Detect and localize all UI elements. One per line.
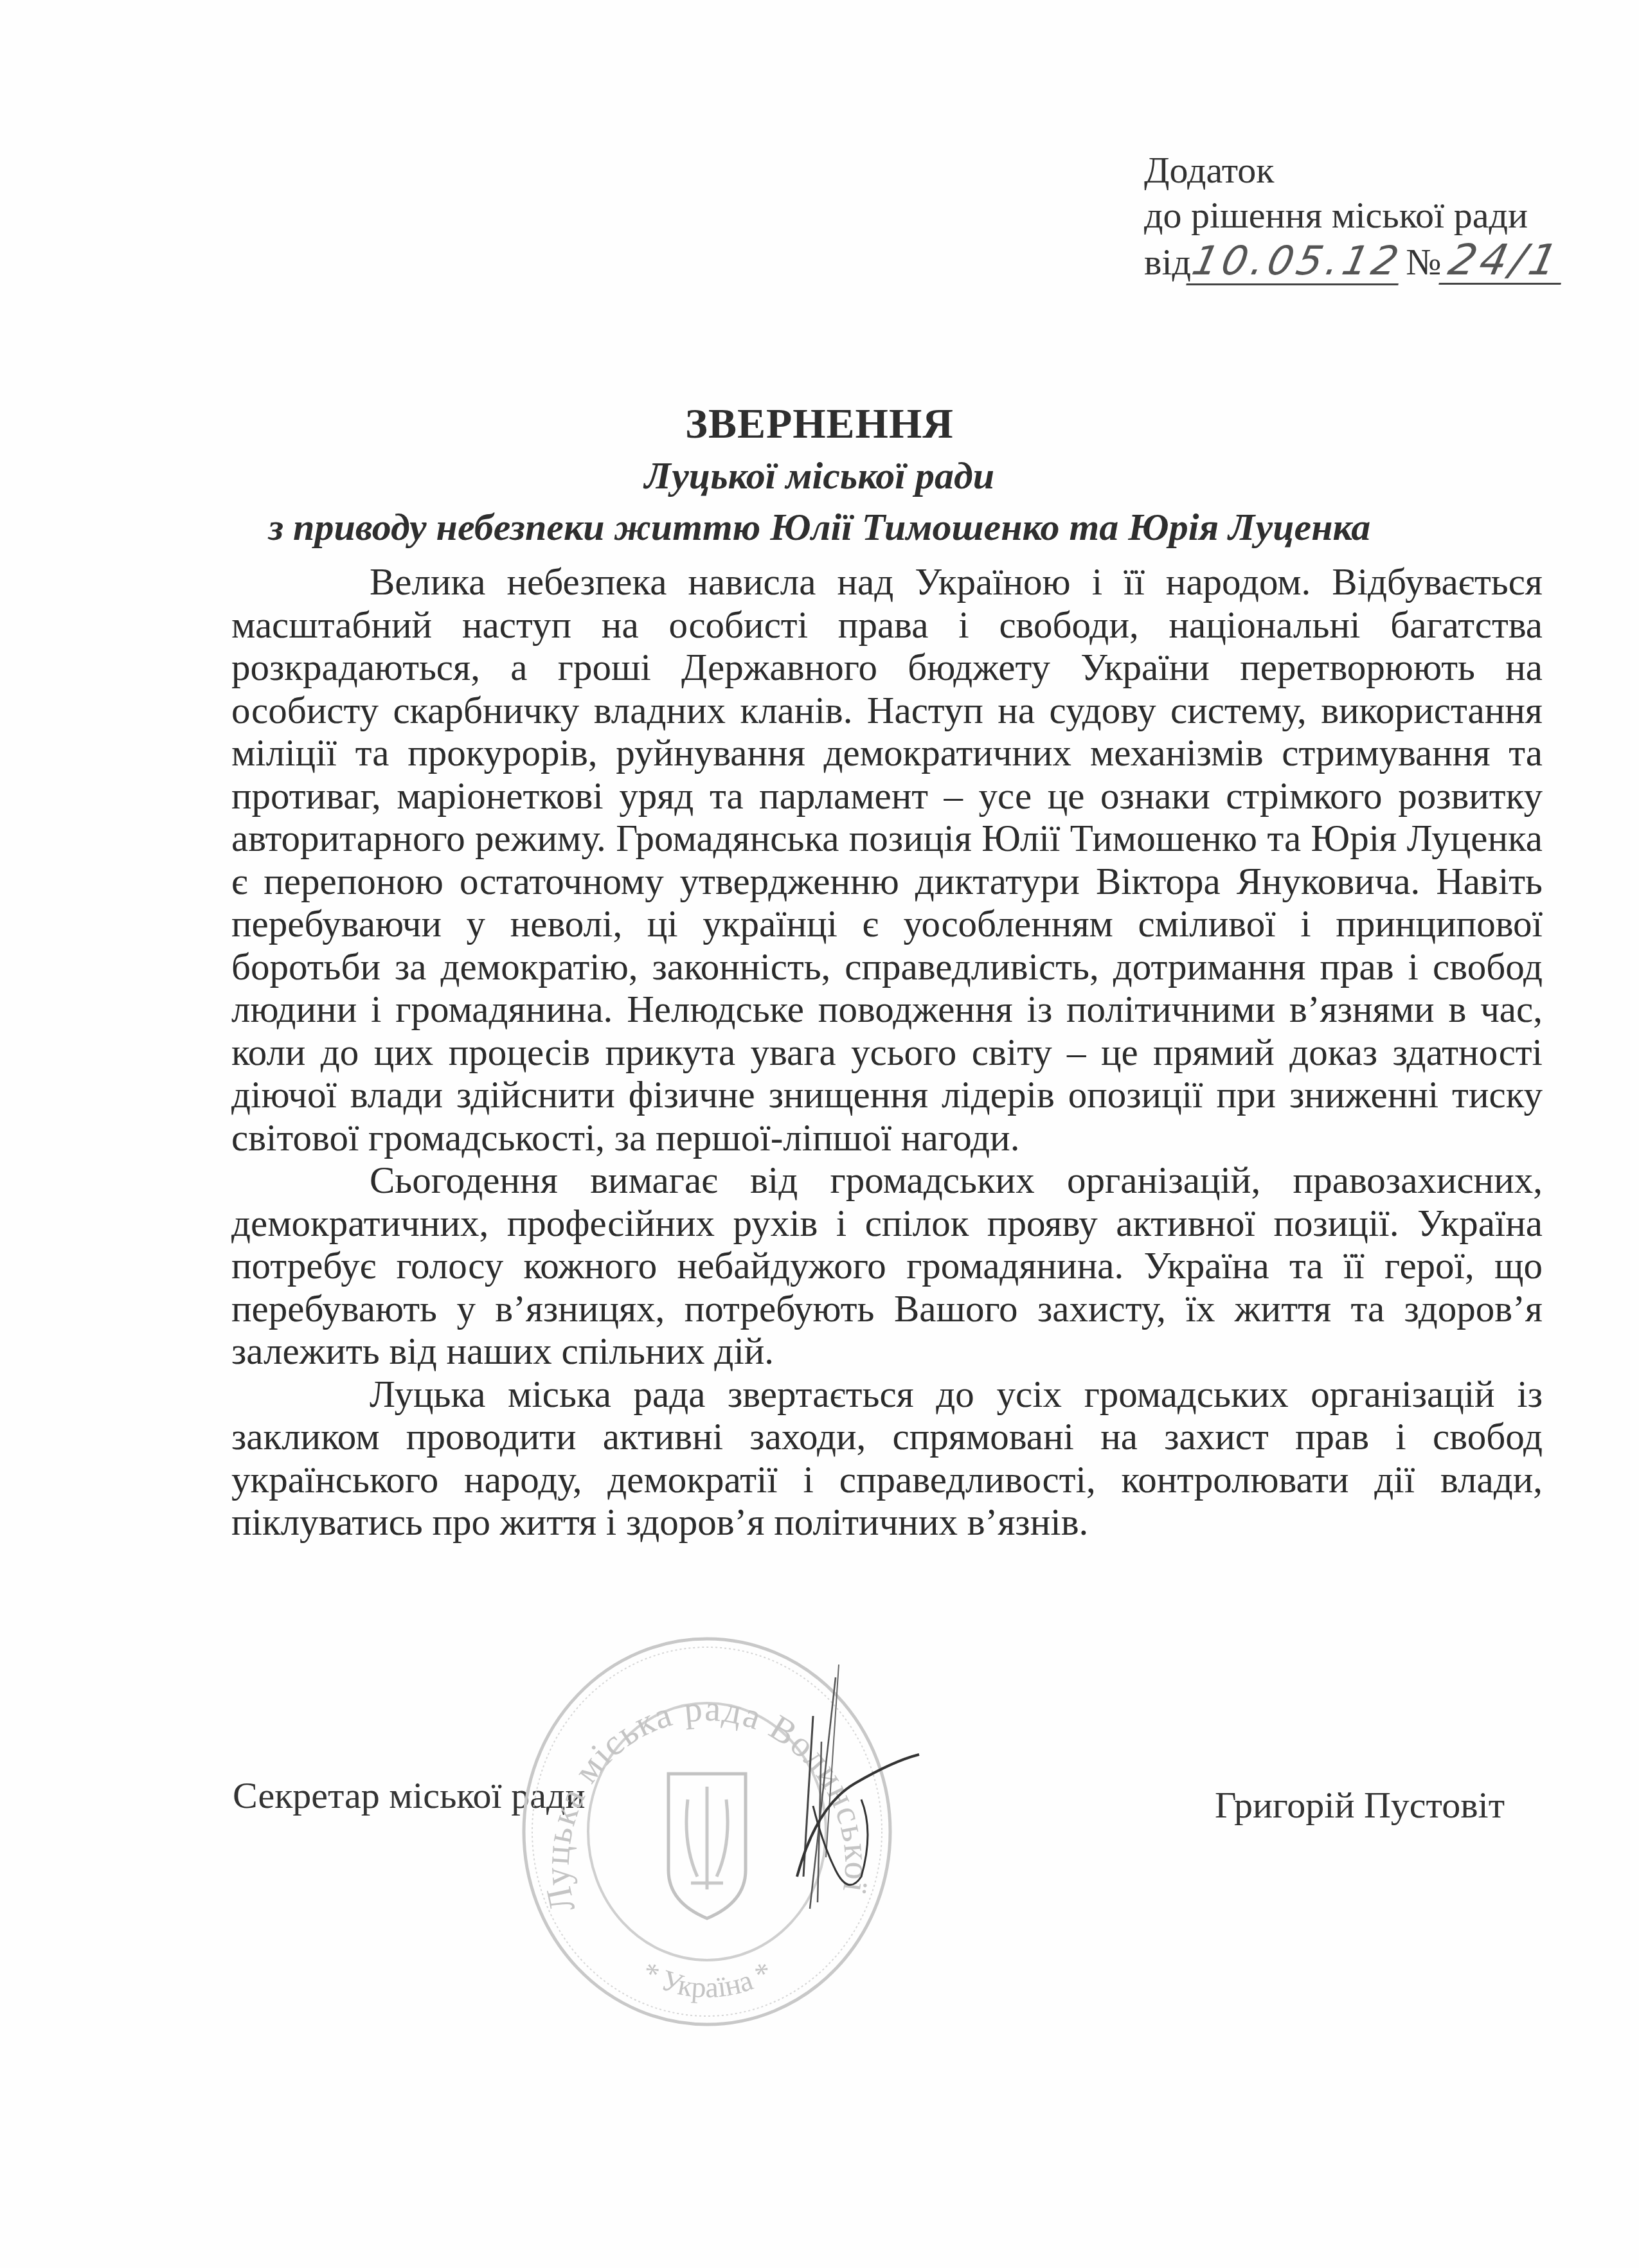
date-prefix: від	[1144, 241, 1191, 283]
date-number-line: від10.05.12№24/1	[1144, 238, 1566, 285]
appendix-header: Додаток до рішення міської ради від10.05…	[1144, 148, 1566, 285]
paragraph-3: Луцька міська рада звертається до усіх г…	[231, 1373, 1543, 1544]
handwritten-number: 24/1	[1439, 238, 1572, 285]
paragraph-2: Сьогодення вимагає від громадських орган…	[231, 1159, 1543, 1373]
signer-name: Григорій Пустовіт	[1215, 1783, 1505, 1826]
svg-text:* Україна *: * Україна *	[636, 1955, 778, 2004]
handwritten-signature-icon	[791, 1665, 996, 1922]
handwritten-date: 10.05.12	[1186, 238, 1408, 285]
title-subtitle-council: Луцької міської ради	[0, 450, 1639, 501]
document-title: ЗВЕРНЕННЯ Луцької міської ради з приводу…	[0, 398, 1639, 553]
decision-reference: до рішення міської ради	[1144, 193, 1566, 238]
title-subtitle-subject: з приводу небезпеки життю Юлії Тимошенко…	[0, 501, 1639, 553]
appendix-label: Додаток	[1144, 148, 1566, 193]
paragraph-1: Велика небезпека нависла над Україною і …	[231, 560, 1543, 1159]
title-main: ЗВЕРНЕННЯ	[0, 398, 1639, 450]
number-sign: №	[1406, 240, 1441, 285]
document-body: Велика небезпека нависла над Україною і …	[231, 560, 1543, 1544]
document-page: Додаток до рішення міської ради від10.05…	[0, 0, 1639, 2268]
